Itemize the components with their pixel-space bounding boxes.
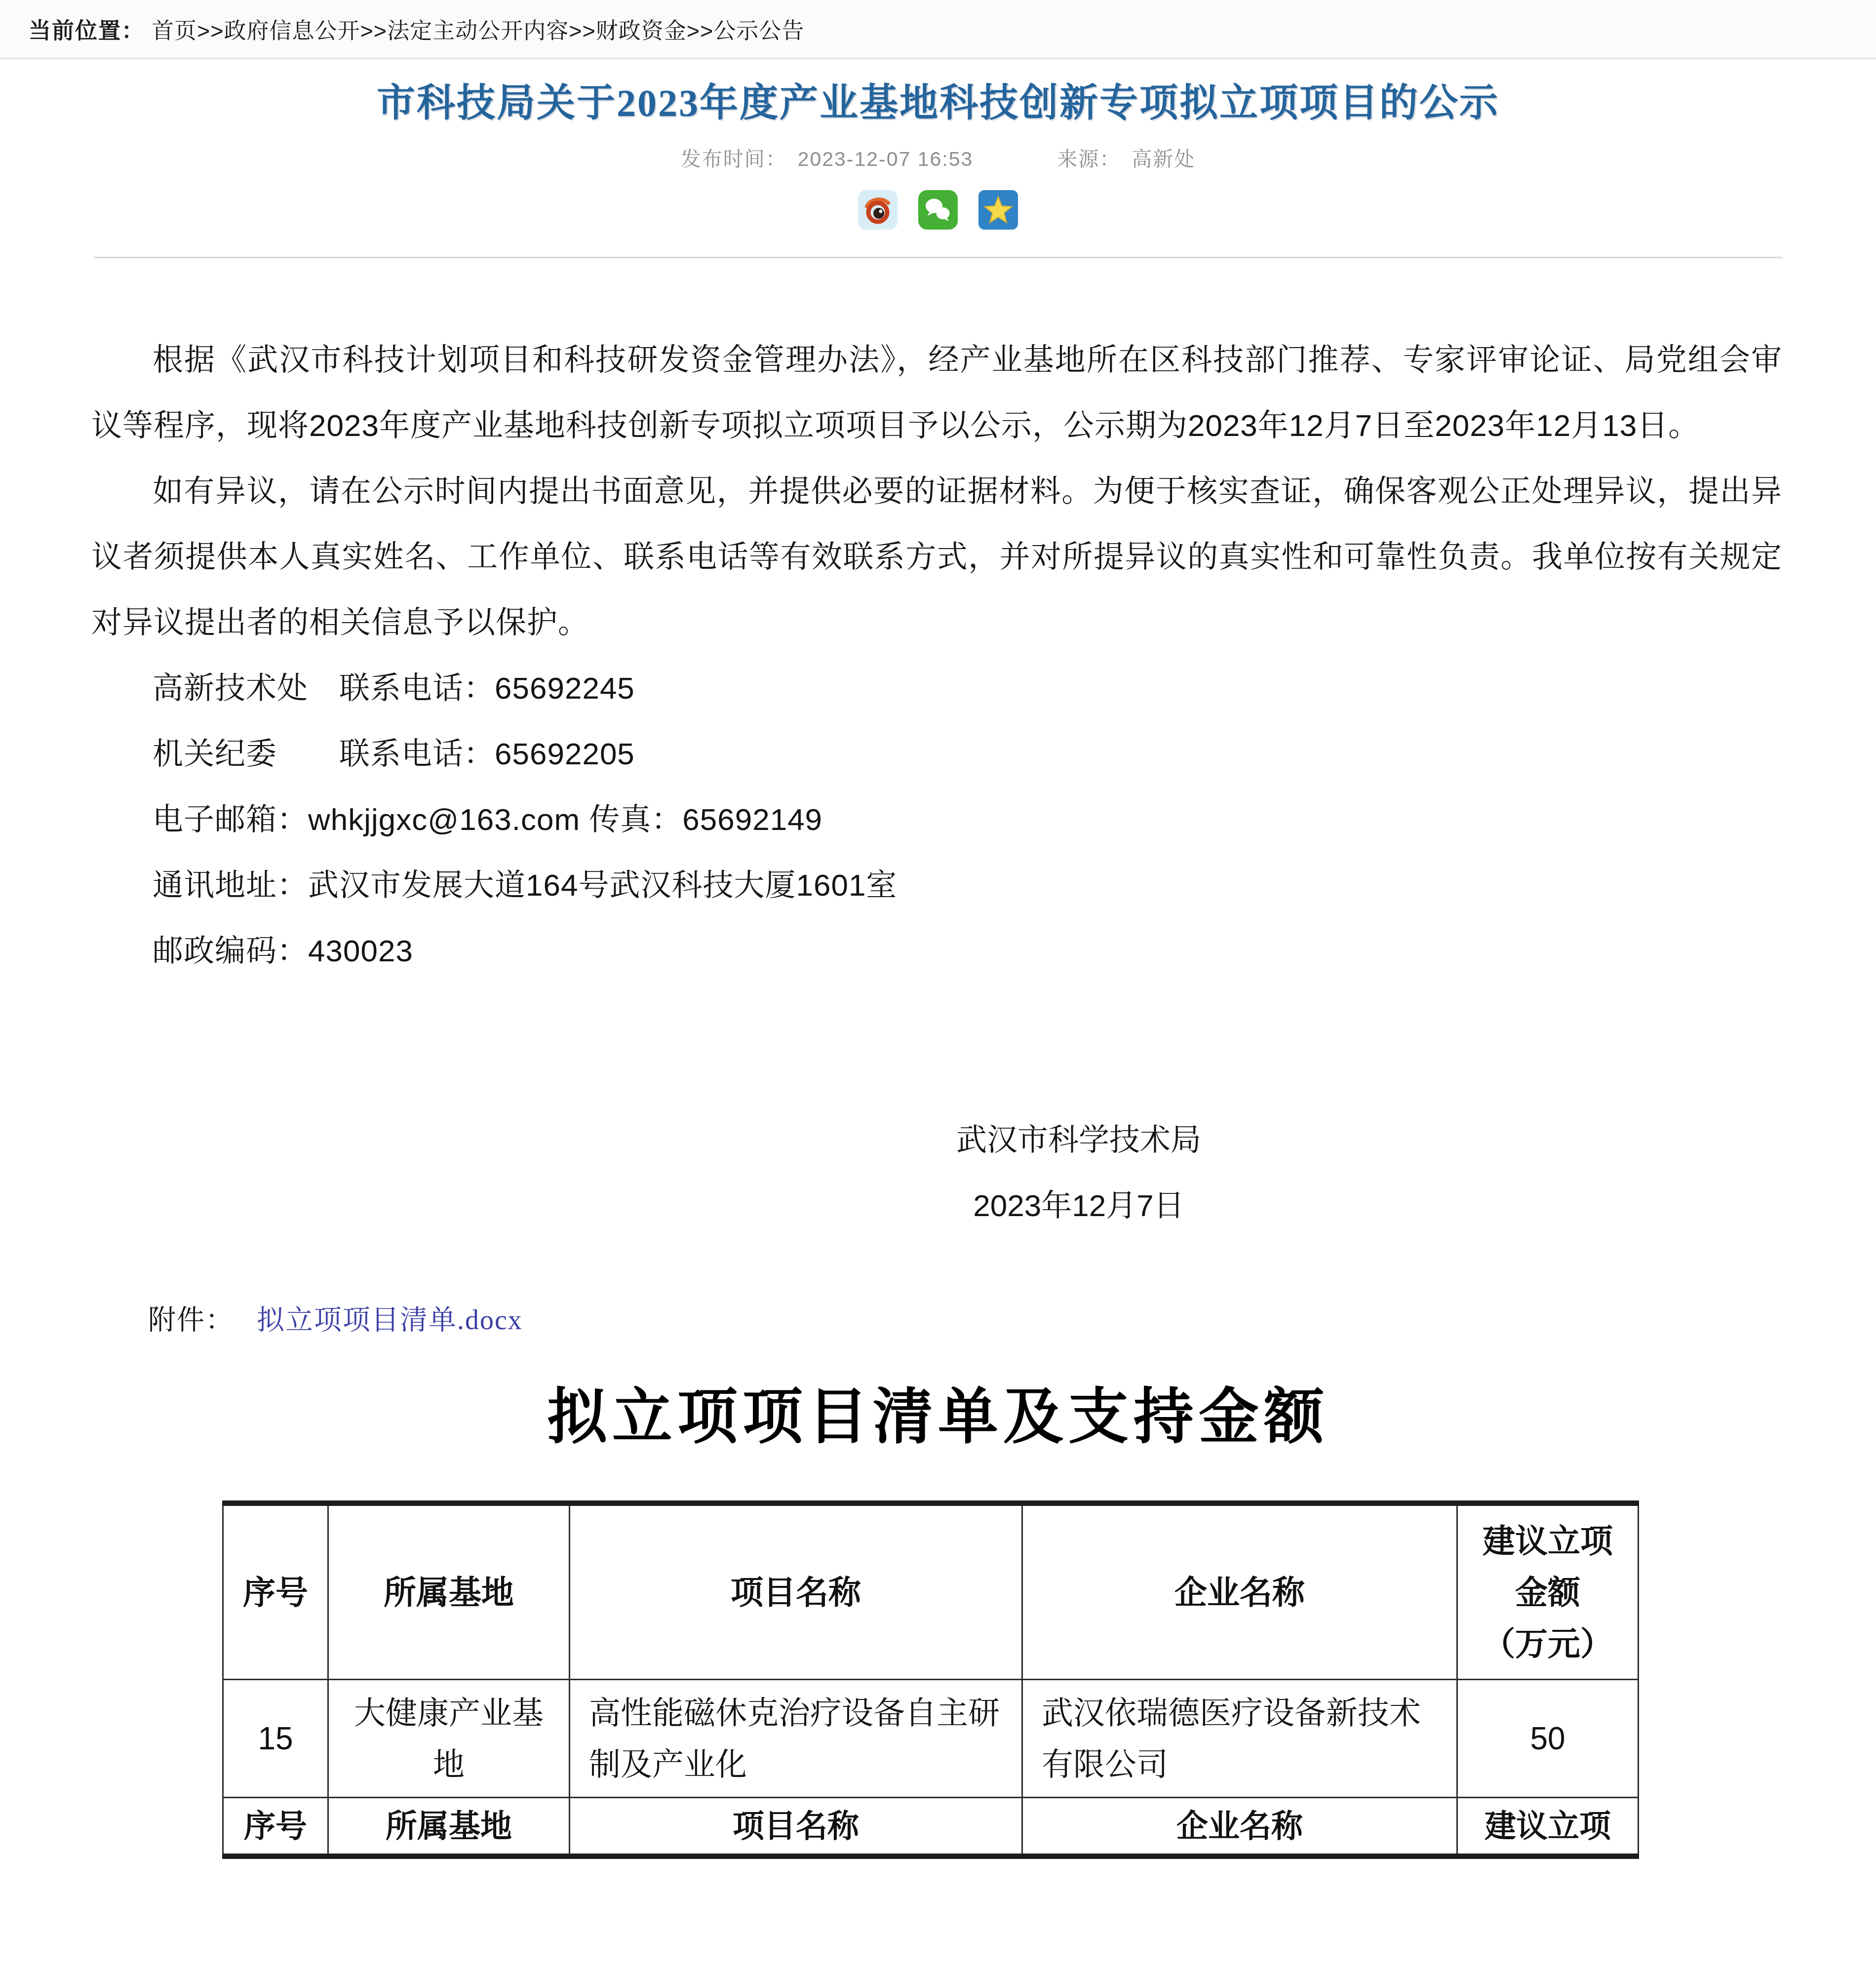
wechat-share-button[interactable] — [918, 190, 958, 230]
signature-org: 武汉市科学技术局 — [750, 1107, 1407, 1173]
weibo-icon — [858, 190, 898, 230]
footer-header-base: 所属基地 — [328, 1798, 570, 1856]
table-header-row: 序号 所属基地 项目名称 企业名称 建议立项 金额 （万元） — [223, 1503, 1639, 1680]
header-amount-line1: 建议立项 — [1472, 1515, 1624, 1567]
header-cell-project: 项目名称 — [570, 1503, 1022, 1680]
cell-no: 15 — [223, 1680, 328, 1798]
projects-table: 序号 所属基地 项目名称 企业名称 建议立项 金额 （万元） 15 大健康产业基… — [222, 1500, 1639, 1859]
publish-time-value: 2023-12-07 16:53 — [798, 148, 974, 170]
publish-time-label: 发布时间： — [681, 148, 787, 170]
attachment-label: 附件： — [148, 1304, 234, 1335]
signature-block: 武汉市科学技术局 2023年12月7日 — [750, 1107, 1407, 1239]
qzone-share-button[interactable] — [978, 190, 1018, 230]
content-divider — [94, 257, 1782, 258]
footer-header-project: 项目名称 — [570, 1798, 1022, 1856]
breadcrumb[interactable]: 首页>>政府信息公开>>法定主动公开内容>>财政资金>>公示公告 — [152, 13, 804, 45]
contact-line-address: 通讯地址：武汉市发展大道164号武汉科技大厦1601室 — [91, 853, 1782, 918]
article-paragraph-2: 如有异议，请在公示时间内提出书面意见，并提供必要的证据材料。为便于核实查证，确保… — [91, 459, 1782, 656]
cell-project: 高性能磁休克治疗设备自主研制及产业化 — [570, 1680, 1022, 1798]
cell-base: 大健康产业基地 — [328, 1680, 570, 1798]
breadcrumb-bar: 当前位置： 首页>>政府信息公开>>法定主动公开内容>>财政资金>>公示公告 — [0, 0, 1876, 59]
header-cell-company: 企业名称 — [1022, 1503, 1457, 1680]
contact-line-hightech: 高新技术处 联系电话：65692245 — [91, 656, 1782, 721]
header-amount-line2: 金额 — [1472, 1567, 1624, 1618]
header-cell-base: 所属基地 — [328, 1503, 570, 1680]
wechat-icon — [918, 190, 958, 230]
header-amount-line3: （万元） — [1472, 1618, 1624, 1669]
weibo-share-button[interactable] — [858, 190, 898, 230]
footer-header-amount: 建议立项 — [1457, 1798, 1639, 1856]
signature-date: 2023年12月7日 — [750, 1173, 1407, 1239]
cell-company: 武汉依瑞德医疗设备新技术有限公司 — [1022, 1680, 1457, 1798]
cell-amount: 50 — [1457, 1680, 1639, 1798]
attachment-row: 附件：拟立项项目清单.docx — [148, 1298, 1876, 1338]
contact-line-postcode: 邮政编码：430023 — [91, 918, 1782, 984]
header-cell-amount: 建议立项 金额 （万元） — [1457, 1503, 1639, 1680]
table-row: 15 大健康产业基地 高性能磁休克治疗设备自主研制及产业化 武汉依瑞德医疗设备新… — [223, 1680, 1639, 1798]
article-paragraph-1: 根据《武汉市科技计划项目和科技研发资金管理办法》，经产业基地所在区科技部门推荐、… — [91, 327, 1782, 459]
attachment-link[interactable]: 拟立项项目清单.docx — [257, 1305, 523, 1336]
breadcrumb-label: 当前位置： — [29, 13, 145, 45]
share-row — [0, 190, 1876, 231]
contact-line-discipline: 机关纪委 联系电话：65692205 — [91, 721, 1782, 787]
source-value: 高新处 — [1132, 148, 1195, 170]
list-section-heading: 拟立项项目清单及支持金额 — [0, 1380, 1876, 1454]
source-label: 来源： — [1057, 148, 1121, 170]
contact-line-email-fax: 电子邮箱：whkjjgxc@163.com 传真：65692149 — [91, 787, 1782, 853]
qzone-star-icon — [978, 190, 1018, 230]
footer-header-no: 序号 — [223, 1798, 328, 1856]
article-meta: 发布时间：2023-12-07 16:53来源：高新处 — [0, 146, 1876, 172]
page-title: 市科技局关于2023年度产业基地科技创新专项拟立项项目的公示 — [49, 76, 1827, 130]
footer-header-company: 企业名称 — [1022, 1798, 1457, 1856]
table-repeat-header-row: 序号 所属基地 项目名称 企业名称 建议立项 — [223, 1798, 1639, 1856]
article-body: 根据《武汉市科技计划项目和科技研发资金管理办法》，经产业基地所在区科技部门推荐、… — [91, 327, 1782, 984]
header-cell-no: 序号 — [223, 1503, 328, 1680]
